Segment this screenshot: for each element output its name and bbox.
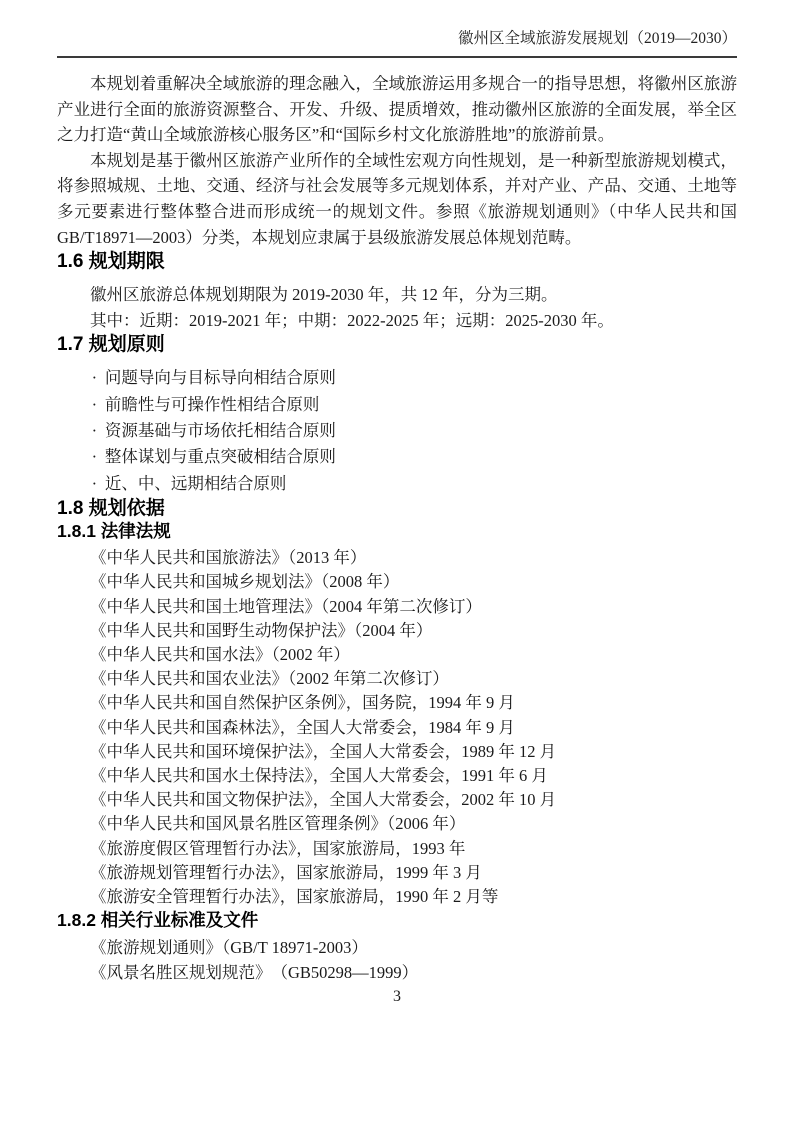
bullet-icon: · [92, 444, 105, 470]
legal-reference-item: 《中华人民共和国风景名胜区管理条例》（2006 年） [57, 812, 737, 836]
legal-reference-item: 《中华人民共和国城乡规划法》（2008 年） [57, 570, 737, 594]
list-item: ·近、中、远期相结合原则 [57, 471, 737, 497]
legal-reference-item: 《中华人民共和国旅游法》（2013 年） [57, 546, 737, 570]
legal-reference-item: 《中华人民共和国土地管理法》（2004 年第二次修订） [57, 595, 737, 619]
legal-reference-item: 《中华人民共和国文物保护法》，全国人大常委会，2002 年 10 月 [57, 788, 737, 812]
bullet-icon: · [92, 471, 105, 497]
legal-reference-item: 《中华人民共和国森林法》，全国人大常委会，1984 年 9 月 [57, 716, 737, 740]
section-1-6-heading: 1.6 规划期限 [57, 250, 737, 273]
standard-reference-item: 《风景名胜区规划规范》 （GB50298—1999） [57, 960, 737, 985]
bullet-icon: · [92, 392, 105, 418]
list-item: ·问题导向与目标导向相结合原则 [57, 365, 737, 391]
document-page: 徽州区全域旅游发展规划（2019—2030） 本规划着重解决全域旅游的理念融入，… [0, 0, 793, 1122]
page-number: 3 [57, 987, 737, 1007]
section-1-8-heading: 1.8 规划依据 [57, 497, 737, 520]
legal-reference-item: 《旅游规划管理暂行办法》，国家旅游局，1999 年 3 月 [57, 861, 737, 885]
principle-label: 问题导向与目标导向相结合原则 [105, 368, 336, 387]
legal-reference-item: 《中华人民共和国自然保护区条例》，国务院，1994 年 9 月 [57, 691, 737, 715]
legal-reference-item: 《中华人民共和国水土保持法》，全国人大常委会，1991 年 6 月 [57, 764, 737, 788]
intro-section: 本规划着重解决全域旅游的理念融入，全域旅游运用多规合一的指导思想，将徽州区旅游产… [57, 71, 737, 250]
legal-reference-item: 《中华人民共和国水法》（2002 年） [57, 643, 737, 667]
intro-paragraph-1: 本规划着重解决全域旅游的理念融入，全域旅游运用多规合一的指导思想，将徽州区旅游产… [57, 71, 737, 148]
bullet-icon: · [92, 418, 105, 444]
legal-reference-item: 《旅游安全管理暂行办法》，国家旅游局，1990 年 2 月等 [57, 885, 737, 909]
list-item: ·整体谋划与重点突破相结合原则 [57, 444, 737, 470]
legal-reference-item: 《中华人民共和国环境保护法》，全国人大常委会，1989 年 12 月 [57, 740, 737, 764]
bullet-icon: · [92, 365, 105, 391]
standards-list: 《旅游规划通则》（GB/T 18971-2003） 《风景名胜区规划规范》 （G… [57, 935, 737, 985]
section-1-8-1-heading: 1.8.1 法律法规 [57, 520, 737, 542]
list-item: ·前瞻性与可操作性相结合原则 [57, 392, 737, 418]
page-header: 徽州区全域旅游发展规划（2019—2030） [57, 28, 737, 58]
list-item: ·资源基础与市场依托相结合原则 [57, 418, 737, 444]
principle-label: 资源基础与市场依托相结合原则 [105, 421, 336, 440]
legal-reference-item: 《旅游度假区管理暂行办法》，国家旅游局，1993 年 [57, 837, 737, 861]
section-1-6-body: 徽州区旅游总体规划期限为 2019-2030 年，共 12 年，分为三期。 其中… [57, 282, 737, 333]
section-1-8-2-heading: 1.8.2 相关行业标准及文件 [57, 909, 737, 931]
legal-references-list: 《中华人民共和国旅游法》（2013 年） 《中华人民共和国城乡规划法》（2008… [57, 546, 737, 909]
section-1-7-heading: 1.7 规划原则 [57, 333, 737, 356]
legal-reference-item: 《中华人民共和国农业法》（2002 年第二次修订） [57, 667, 737, 691]
planning-period-line: 徽州区旅游总体规划期限为 2019-2030 年，共 12 年，分为三期。 [57, 282, 737, 308]
standard-reference-item: 《旅游规划通则》（GB/T 18971-2003） [57, 935, 737, 960]
principle-label: 近、中、远期相结合原则 [105, 474, 287, 493]
intro-paragraph-2: 本规划是基于徽州区旅游产业所作的全域性宏观方向性规划，是一种新型旅游规划模式，将… [57, 148, 737, 250]
principle-label: 整体谋划与重点突破相结合原则 [105, 447, 336, 466]
planning-period-line: 其中：近期：2019-2021 年；中期：2022-2025 年；远期：2025… [57, 308, 737, 334]
legal-reference-item: 《中华人民共和国野生动物保护法》（2004 年） [57, 619, 737, 643]
principles-list: ·问题导向与目标导向相结合原则 ·前瞻性与可操作性相结合原则 ·资源基础与市场依… [57, 365, 737, 497]
header-title: 徽州区全域旅游发展规划（2019—2030） [458, 30, 737, 47]
principle-label: 前瞻性与可操作性相结合原则 [105, 395, 320, 414]
